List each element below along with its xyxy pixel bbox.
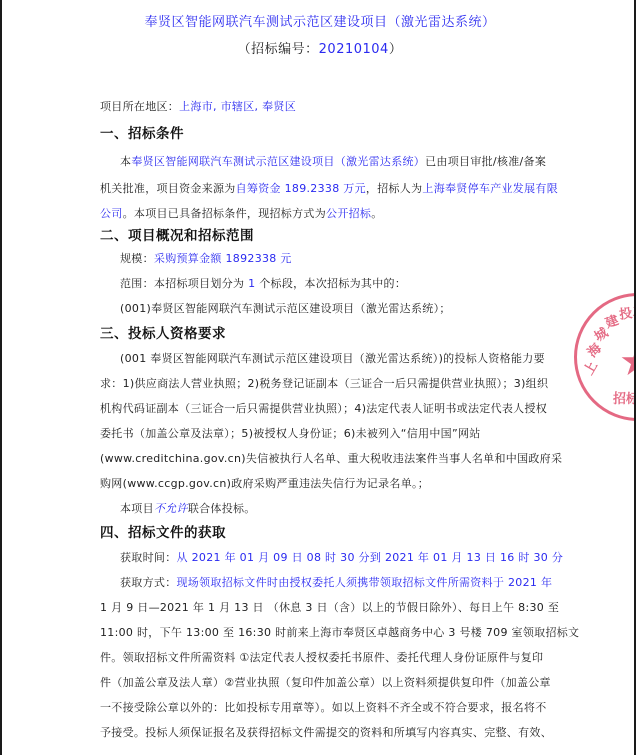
s4-method-line-2: 1 月 9 日—2021 年 1 月 13 日 （休息 3 日（含）以上的节假日… — [100, 599, 559, 615]
s4-method-line-7: 予接受。投标人须保证报名及获得招标文件需提交的资料和所填写内容真实、完整、有效、 — [100, 724, 552, 740]
text: 本项目 — [120, 502, 154, 515]
s3-line-5: (www.creditchina.gov.cn)失信被执行人名单、重大税收违法案… — [100, 450, 562, 466]
s2-scope: 范围：本招标项目划分为 1 个标段，本次招标为其中的： — [120, 275, 406, 291]
s2-scale: 规模：采购预算金额 1892338 元 — [120, 250, 292, 266]
text: 个标段，本次招标为其中的： — [255, 277, 406, 290]
method-label: 获取方式： — [120, 576, 177, 589]
tenderer-name: 上海奉贤停车产业发展有限 — [422, 182, 558, 195]
scale-label: 规模： — [120, 252, 154, 265]
stamp-star-icon: ★ — [619, 339, 636, 385]
s3-line-1: (001 奉贤区智能网联汽车测试示范区建设项目（激光雷达系统）)的投标人资格能力… — [120, 350, 545, 366]
s3-line-3: 机构代码证副本（三证合一后只需提供营业执照）；4)法定代表人证明书或法定代表人授… — [100, 400, 547, 416]
section-heading-1: 一、招标条件 — [100, 122, 184, 142]
bid-number-suffix: ） — [389, 42, 403, 57]
funding-source: 自筹资金 189.2338 万元 — [236, 182, 366, 195]
stamp-char: 上 — [578, 357, 601, 378]
tender-method: 公开招标 — [326, 207, 371, 220]
stamp-bottom-text: 招标 — [613, 388, 636, 407]
s4-method-line-3: 11:00 时，下午 13:00 至 16:30 时前来上海市奉贤区卓越商务中心… — [100, 624, 579, 640]
project-name: 奉贤区智能网联汽车测试示范区建设项目（激光雷达系统） — [131, 155, 425, 168]
document-title: 奉贤区智能网联汽车测试示范区建设项目（激光雷达系统） — [2, 11, 636, 30]
s4-time: 获取时间：从 2021 年 01 月 09 日 08 时 30 分到 2021 … — [120, 549, 563, 565]
scale-value: 采购预算金额 1892338 元 — [154, 252, 292, 265]
text: 范围：本招标项目划分为 — [120, 277, 248, 290]
section-heading-4: 四、招标文件的获取 — [100, 521, 226, 541]
bid-number: （招标编号：20210104） — [2, 38, 636, 57]
s3-line-4: 委托书（加盖公章及法章）；5)被授权人身份证；6)未被列入“信用中国”网站 — [100, 425, 481, 441]
s1-para-line-1: 本奉贤区智能网联汽车测试示范区建设项目（激光雷达系统）已由项目审批/核准/备案 — [120, 153, 546, 169]
method-text: 现场领取招标文件时由授权委托人须携带领取招标文件所需资料于 2021 年 — [177, 576, 553, 589]
text: ，招标人为 — [366, 182, 423, 195]
s2-lot: (001)奉贤区智能网联汽车测试示范区建设项目（激光雷达系统）； — [120, 300, 451, 316]
bid-number-value: 20210104 — [319, 42, 389, 57]
s1-para-line-3: 公司。本项目已具备招标条件，现招标方式为公开招标。 — [100, 205, 383, 221]
s4-method-line-5: 件（加盖公章及法人章）②营业执照（复印件加盖公章）以上资料须提供复印件（加盖公章 — [100, 674, 551, 690]
s4-method-line-1: 获取方式：现场领取招标文件时由授权委托人须携带领取招标文件所需资料于 2021 … — [120, 574, 552, 590]
s4-method-line-6: 一不接受除公章以外的：比如投标专用章等）。如以上资料不齐全或不符合要求，报名将不 — [100, 699, 547, 715]
text: 联合体投标。 — [188, 502, 256, 515]
text: 。本项目已具备招标条件，现招标方式为 — [123, 207, 326, 220]
tenderer-name-end: 公司 — [100, 207, 123, 220]
s4-method-line-4: 件。领取招标文件所需资料 ①法定代表人授权委托书原件、委托代理人身份证原件与复印 — [100, 649, 543, 665]
section-heading-3: 三、投标人资格要求 — [100, 322, 226, 342]
s3-line-6: 购网(www.ccgp.gov.cn)政府采购严重违法失信行为记录名单。； — [100, 475, 429, 491]
s3-joint-bid: 本项目不允许联合体投标。 — [120, 500, 256, 516]
bid-number-prefix: （招标编号： — [238, 42, 319, 57]
project-region: 项目所在地区：上海市, 市辖区, 奉贤区 — [100, 98, 296, 114]
document-page: 奉贤区智能网联汽车测试示范区建设项目（激光雷达系统） （招标编号：2021010… — [0, 0, 636, 755]
section-heading-2: 二、项目概况和招标范围 — [100, 224, 254, 244]
region-value: 上海市, 市辖区, 奉贤区 — [179, 100, 296, 113]
red-seal-stamp: 上 海 城 建 投 资 ★ 招标 — [574, 293, 636, 421]
joint-bid-status: 不允许 — [154, 502, 188, 515]
s3-line-2: 求：1)供应商法人营业执照；2)税务登记证副本（三证合一后只需提供营业执照）；3… — [100, 375, 548, 391]
stamp-char: 投 — [618, 302, 634, 323]
time-label: 获取时间： — [120, 551, 177, 564]
stamp-char: 资 — [632, 299, 636, 319]
region-label: 项目所在地区： — [100, 100, 179, 113]
s1-para-line-2: 机关批准，项目资金来源为自筹资金 189.2338 万元，招标人为上海奉贤停车产… — [100, 180, 558, 196]
text: 本 — [120, 155, 131, 168]
text: 已由项目审批/核准/备案 — [425, 155, 546, 168]
text: 机关批准，项目资金来源为 — [100, 182, 236, 195]
time-value: 从 2021 年 01 月 09 日 08 时 30 分到 2021 年 01 … — [177, 551, 564, 564]
text: 。 — [371, 207, 382, 220]
